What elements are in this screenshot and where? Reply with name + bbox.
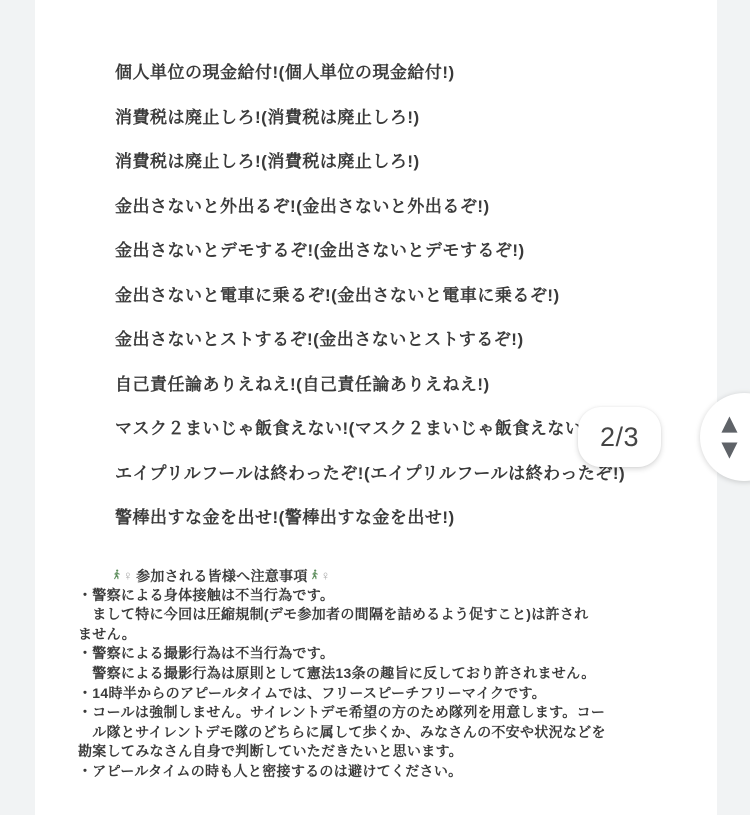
page-indicator-label: 2/3 (600, 422, 639, 453)
note-line: ・アピールタイムの時も人と密接するのは避けてください。 (78, 762, 678, 782)
note-line: まして特に今回は圧縮規制(デモ参加者の間隔を詰めるよう促すこと)は許され (78, 605, 678, 625)
chant-line: 警棒出すな金を出せ!(警棒出すな金を出せ!) (115, 509, 675, 526)
chant-line: 個人単位の現金給付!(個人単位の現金給付!) (115, 64, 675, 81)
chevron-down-icon[interactable]: ▼ (721, 436, 737, 462)
scroll-arrows: ▲ ▼ (714, 410, 745, 462)
chant-line: 金出さないと電車に乗るぞ!(金出さないと電車に乗るぞ!) (115, 287, 675, 304)
note-line: ・警察による撮影行為は不当行為です。 (78, 644, 678, 664)
page-indicator-badge: 2/3 (578, 407, 661, 467)
chant-list: 個人単位の現金給付!(個人単位の現金給付!)消費税は廃止しろ!(消費税は廃止しろ… (115, 64, 675, 554)
notes-header-label: 参加される皆様へ注意事項 (136, 566, 308, 586)
note-line: ・警察による身体接触は不当行為です。 (78, 586, 678, 606)
note-line: 勘案してみなさん自身で判断していただきたいと思います。 (78, 742, 678, 762)
female-sign-icon: ♀ (321, 568, 331, 583)
chevron-up-icon[interactable]: ▲ (721, 410, 737, 436)
chant-line: 金出さないとストするぞ!(金出さないとストするぞ!) (115, 331, 675, 348)
walking-person-icon (309, 567, 320, 585)
note-line: 警察による撮影行為は原則として憲法13条の趣旨に反しており許されません。 (78, 664, 678, 684)
chant-line: 消費税は廃止しろ!(消費税は廃止しろ!) (115, 109, 675, 126)
note-line: ル隊とサイレントデモ隊のどちらに属して歩くか、みなさんの不安や状況などを (78, 723, 678, 743)
chant-line: 自己責任論ありえねえ!(自己責任論ありえねえ!) (115, 376, 675, 393)
note-line: ません。 (78, 625, 678, 645)
notes-header: ♀ 参加される皆様へ注意事項 ♀ (111, 566, 678, 586)
female-sign-icon: ♀ (123, 568, 133, 583)
chant-line: 金出さないとデモするぞ!(金出さないとデモするぞ!) (115, 242, 675, 259)
chant-line: エイプリルフールは終わったぞ!(エイプリルフールは終わったぞ!) (115, 465, 675, 482)
note-line: ・コールは強制しません。サイレントデモ希望の方のため隊列を用意します。コー (78, 703, 678, 723)
notes-section: ♀ 参加される皆様へ注意事項 ♀ ・警察による身体接触は不当行為です。 まして特… (78, 566, 678, 782)
chant-line: 金出さないと外出るぞ!(金出さないと外出るぞ!) (115, 198, 675, 215)
note-line: ・14時半からのアピールタイムでは、フリースピーチフリーマイクです。 (78, 684, 678, 704)
notes-list: ・警察による身体接触は不当行為です。 まして特に今回は圧縮規制(デモ参加者の間隔… (78, 586, 678, 782)
walking-person-icon (111, 567, 122, 585)
chant-line: 消費税は廃止しろ!(消費税は廃止しろ!) (115, 153, 675, 170)
viewer-canvas: 個人単位の現金給付!(個人単位の現金給付!)消費税は廃止しろ!(消費税は廃止しろ… (0, 0, 750, 815)
